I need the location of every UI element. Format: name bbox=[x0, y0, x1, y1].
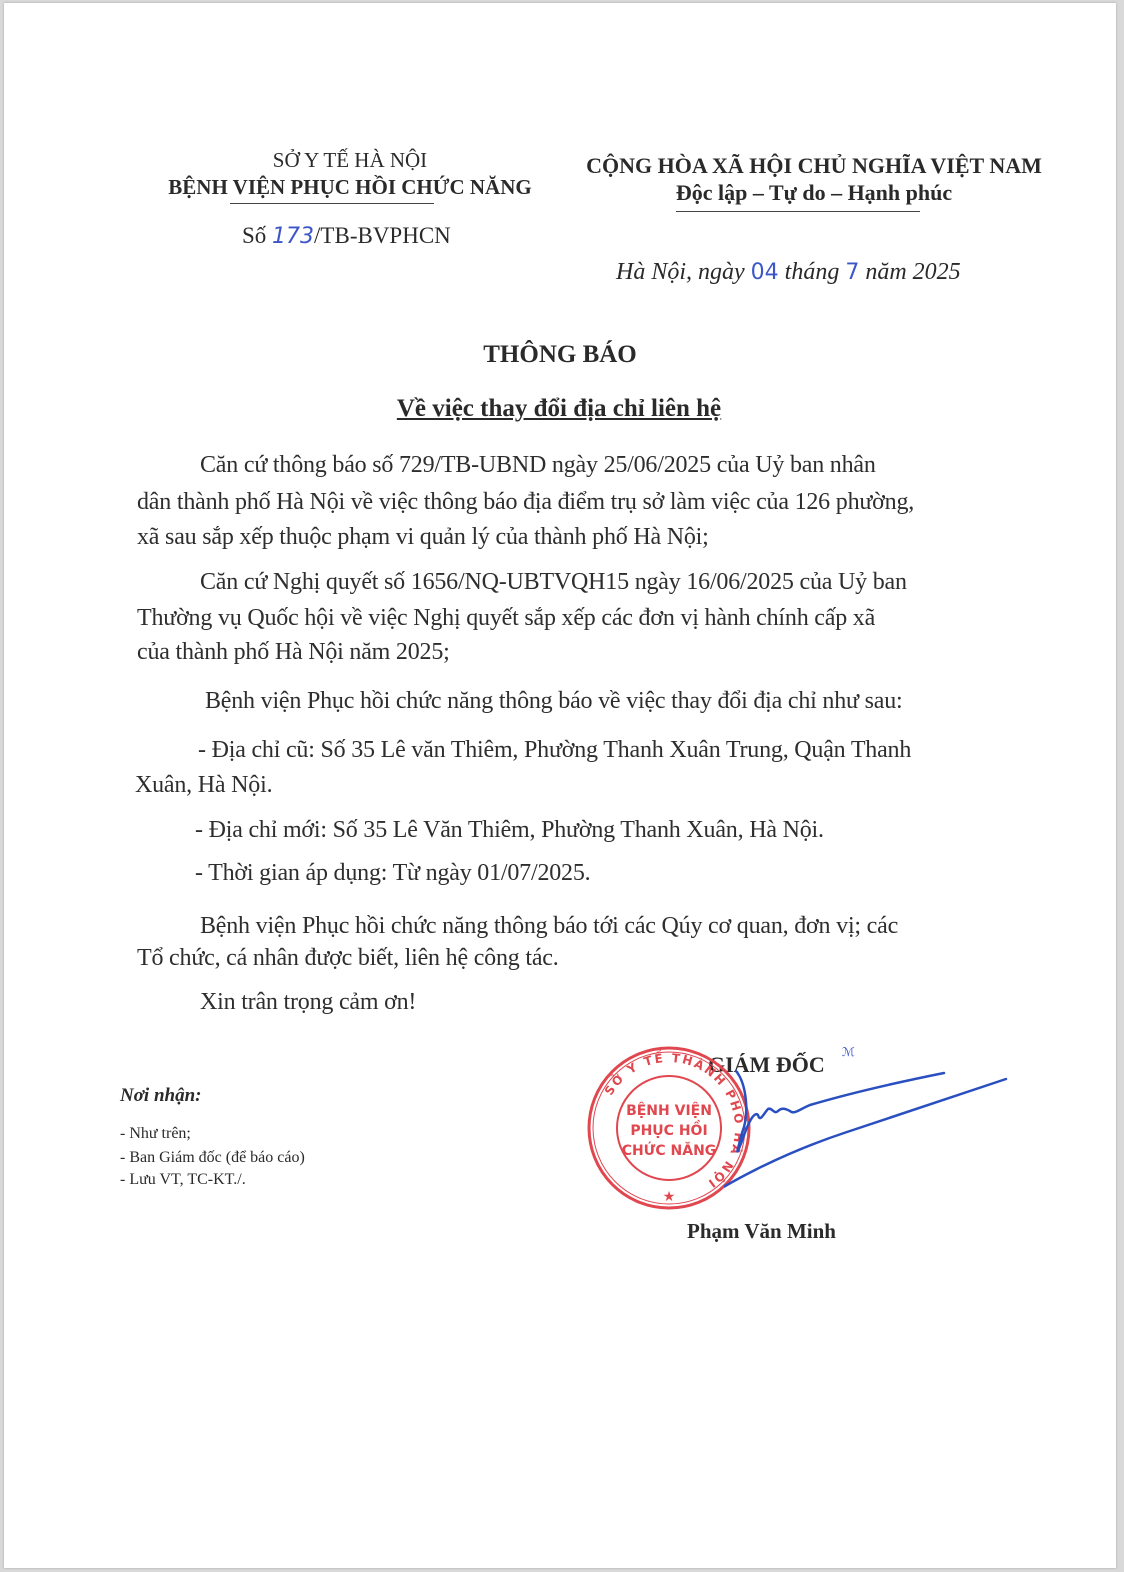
recipient-item: - Như trên; bbox=[120, 1125, 191, 1143]
svg-text:PHỤC HỒI: PHỤC HỒI bbox=[630, 1120, 707, 1139]
document-number: Số 173/TB-BVPHCN bbox=[242, 223, 451, 249]
date-month-label: tháng bbox=[785, 259, 840, 285]
organization-underline bbox=[230, 203, 434, 204]
date-month: 7 bbox=[845, 260, 859, 285]
doc-number-prefix: Số bbox=[242, 223, 266, 248]
para4-line1: Bệnh viện Phục hồi chức năng thông báo t… bbox=[200, 914, 898, 938]
svg-text:CHỨC NĂNG: CHỨC NĂNG bbox=[622, 1141, 717, 1159]
signer-name: Phạm Văn Minh bbox=[687, 1219, 836, 1244]
date-year: năm 2025 bbox=[865, 259, 960, 285]
new-address: - Địa chỉ mới: Số 35 Lê Văn Thiêm, Phườn… bbox=[195, 818, 824, 842]
document-page: SỞ Y TẾ HÀ NỘI BỆNH VIỆN PHỤC HỒI CHỨC N… bbox=[4, 3, 1116, 1568]
effective-date: - Thời gian áp dụng: Từ ngày 01/07/2025. bbox=[195, 861, 590, 885]
organization-name: BỆNH VIỆN PHỤC HỒI CHỨC NĂNG bbox=[144, 175, 556, 200]
document-subtitle: Về việc thay đổi địa chỉ liên hệ bbox=[4, 395, 1114, 423]
para3: Bệnh viện Phục hồi chức năng thông báo v… bbox=[205, 689, 902, 713]
svg-text:BỆNH VIỆN: BỆNH VIỆN bbox=[626, 1101, 712, 1119]
doc-number-suffix: /TB-BVPHCN bbox=[314, 223, 451, 248]
date-day: 04 bbox=[751, 260, 779, 285]
closing-line: Xin trân trọng cảm ơn! bbox=[200, 990, 416, 1014]
national-motto: Độc lập – Tự do – Hạnh phúc bbox=[564, 180, 1064, 206]
recipient-item: - Lưu VT, TC-KT./. bbox=[120, 1171, 246, 1189]
nation-name: CỘNG HÒA XÃ HỘI CHỦ NGHĨA VIỆT NAM bbox=[564, 153, 1064, 179]
para4-line2: Tổ chức, cá nhân được biết, liên hệ công… bbox=[137, 946, 559, 970]
para2-line2: Thường vụ Quốc hội về việc Nghị quyết sắ… bbox=[137, 606, 875, 630]
document-title: THÔNG BÁO bbox=[4, 341, 1116, 369]
para2-line1: Căn cứ Nghị quyết số 1656/NQ-UBTVQH15 ng… bbox=[200, 570, 907, 594]
para1-line1: Căn cứ thông báo số 729/TB-UBND ngày 25/… bbox=[200, 453, 876, 477]
motto-underline bbox=[676, 211, 920, 212]
recipients-label: Nơi nhận: bbox=[120, 1085, 201, 1107]
para1-line3: xã sau sắp xếp thuộc phạm vi quản lý của… bbox=[137, 525, 709, 549]
document-date: Hà Nội, ngày 04 tháng 7 năm 2025 bbox=[616, 259, 961, 286]
old-address-line2: Xuân, Hà Nội. bbox=[135, 773, 272, 797]
doc-number-handwritten: 173 bbox=[272, 224, 314, 249]
date-prefix: Hà Nội, ngày bbox=[616, 259, 745, 285]
ministry-name: SỞ Y TẾ HÀ NỘI bbox=[154, 148, 546, 173]
para1-line2: dân thành phố Hà Nội về việc thông báo đ… bbox=[137, 490, 914, 514]
para2-line3: của thành phố Hà Nội năm 2025; bbox=[137, 640, 450, 664]
svg-text:★: ★ bbox=[663, 1190, 676, 1205]
old-address-line1: - Địa chỉ cũ: Số 35 Lê văn Thiêm, Phường… bbox=[198, 738, 911, 762]
recipient-item: - Ban Giám đốc (để báo cáo) bbox=[120, 1149, 305, 1167]
handwritten-signature-icon bbox=[724, 1053, 1024, 1213]
